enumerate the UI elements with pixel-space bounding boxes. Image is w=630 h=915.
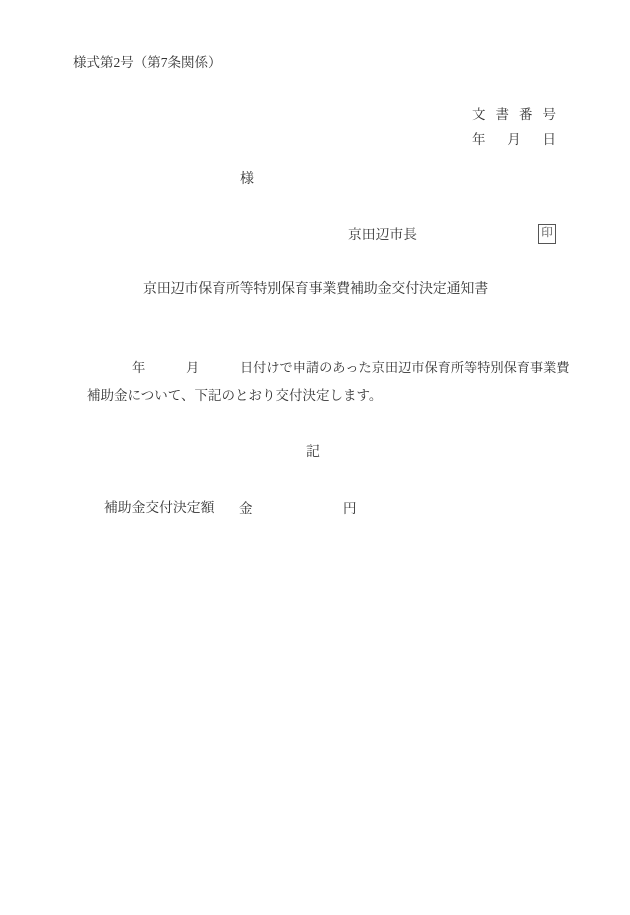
seal-placeholder-box: 印 <box>538 224 556 244</box>
body-year-label: 年 <box>132 361 145 374</box>
body-text-line1: 日付けで申請のあった京田辺市保育所等特別保育事業費 <box>240 361 570 374</box>
doc-number-char: 書 <box>496 108 510 122</box>
amount-currency-prefix: 金 <box>239 502 253 516</box>
notice-document-page: 様式第2号（第7条関係） 文 書 番 号 年 月 日 様 京田辺市長 印 京田辺… <box>0 0 630 915</box>
seal-character: 印 <box>541 228 553 240</box>
date-year-label: 年 <box>472 133 486 147</box>
doc-number-char: 文 <box>472 108 486 122</box>
date-month-label: 月 <box>507 133 521 147</box>
document-number-field: 文 書 番 号 <box>472 108 556 122</box>
date-day-label: 日 <box>543 133 557 147</box>
body-text-line2: 補助金について、下記のとおり交付決定します。 <box>87 389 382 403</box>
sender-name: 京田辺市長 <box>348 228 417 242</box>
amount-currency-suffix: 円 <box>343 502 357 516</box>
document-title: 京田辺市保育所等特別保育事業費補助金交付決定通知書 <box>143 283 488 297</box>
date-field: 年 月 日 <box>472 133 556 147</box>
record-marker: 記 <box>306 446 320 460</box>
addressee-honorific: 様 <box>240 173 254 187</box>
amount-label: 補助金交付決定額 <box>104 501 214 515</box>
form-number: 様式第2号（第7条関係） <box>73 56 222 70</box>
doc-number-char: 号 <box>543 108 557 122</box>
doc-number-char: 番 <box>519 108 533 122</box>
body-month-label: 月 <box>186 361 199 374</box>
